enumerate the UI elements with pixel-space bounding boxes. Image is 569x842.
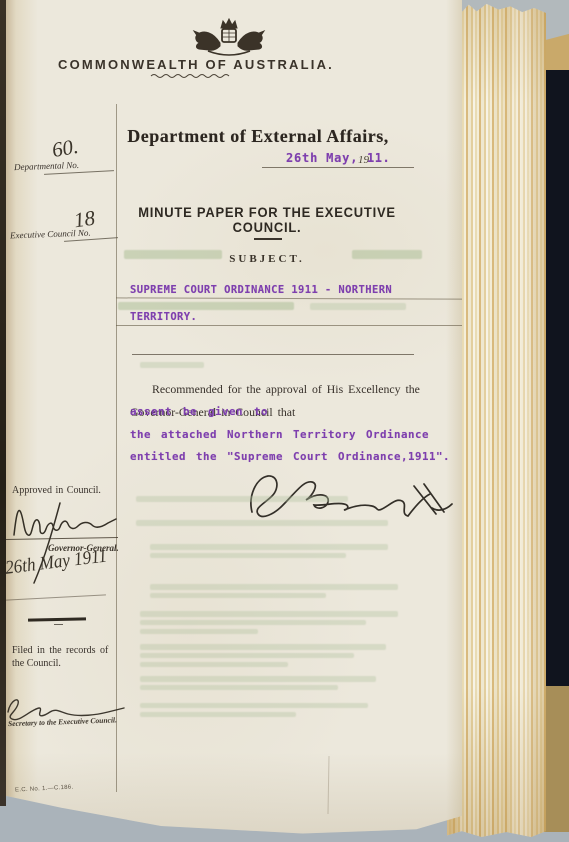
filed-records-line2: the Council. (12, 658, 61, 669)
typed-year: 11. (367, 151, 390, 165)
showthrough-mark (150, 593, 326, 598)
showthrough-mark (140, 611, 398, 617)
minute-paper-title: MINUTE PAPER FOR THE EXECUTIVE COUNCIL. (128, 205, 406, 235)
showthrough-mark (140, 644, 386, 650)
showthrough-mark (140, 620, 366, 625)
showthrough-mark (136, 520, 388, 526)
showthrough-mark (140, 362, 204, 368)
showthrough-mark (140, 676, 376, 682)
section-separator-rule (132, 354, 414, 355)
showthrough-mark (310, 303, 406, 310)
subject-rule-1 (116, 297, 462, 299)
departmental-no-label: Departmental No. (14, 160, 79, 172)
showthrough-mark (352, 250, 422, 259)
title-dash-rule (254, 238, 282, 240)
showthrough-mark (150, 584, 398, 590)
departmental-no-handwritten: 60. (50, 134, 80, 163)
margin-divider-rule (28, 617, 86, 621)
department-heading: Department of External Affairs, (98, 126, 418, 147)
coat-of-arms-icon (188, 15, 270, 57)
margin-divider-tick (54, 624, 63, 625)
exec-council-no-handwritten: 18 (72, 206, 96, 234)
showthrough-mark (140, 703, 368, 708)
showthrough-mark (150, 544, 388, 550)
showthrough-mark (150, 553, 346, 558)
typed-date: 26th May, (286, 151, 358, 165)
subject-typed-line1: SUPREME COURT ORDINANCE 1911 - NORTHERN (130, 284, 392, 296)
form-number: E.C. No. 1.—C.186. (15, 784, 74, 793)
recommendation-line-1: Recommended for the approval of His Exce… (152, 382, 420, 397)
approval-date-rule (6, 594, 106, 600)
showthrough-mark (140, 662, 288, 667)
filed-records-line1: Filed in the records of (12, 645, 108, 656)
recommendation-line-3: the attached Northern Territory Ordinanc… (130, 428, 429, 441)
gutter-shadow (0, 0, 6, 806)
showthrough-mark (118, 302, 294, 310)
minute-paper-page: COMMONWEALTH OF AUSTRALIA. Department of… (6, 0, 462, 836)
subject-rule-2 (116, 325, 462, 326)
wavy-rule (151, 73, 233, 79)
showthrough-mark (140, 629, 258, 634)
departmental-no-rule (44, 170, 114, 175)
showthrough-mark (140, 712, 296, 717)
photo-scene: COMMONWEALTH OF AUSTRALIA. Department of… (0, 0, 569, 842)
showthrough-mark (124, 250, 222, 259)
typed-fragment: assent be given to (130, 405, 268, 418)
showthrough-mark (136, 496, 348, 502)
date-rule (262, 167, 414, 168)
subject-typed-line2: TERRITORY. (130, 311, 197, 323)
showthrough-mark (140, 685, 338, 690)
commonwealth-heading: COMMONWEALTH OF AUSTRALIA. (26, 57, 366, 72)
paper-crease (327, 756, 329, 814)
showthrough-mark (140, 653, 354, 658)
